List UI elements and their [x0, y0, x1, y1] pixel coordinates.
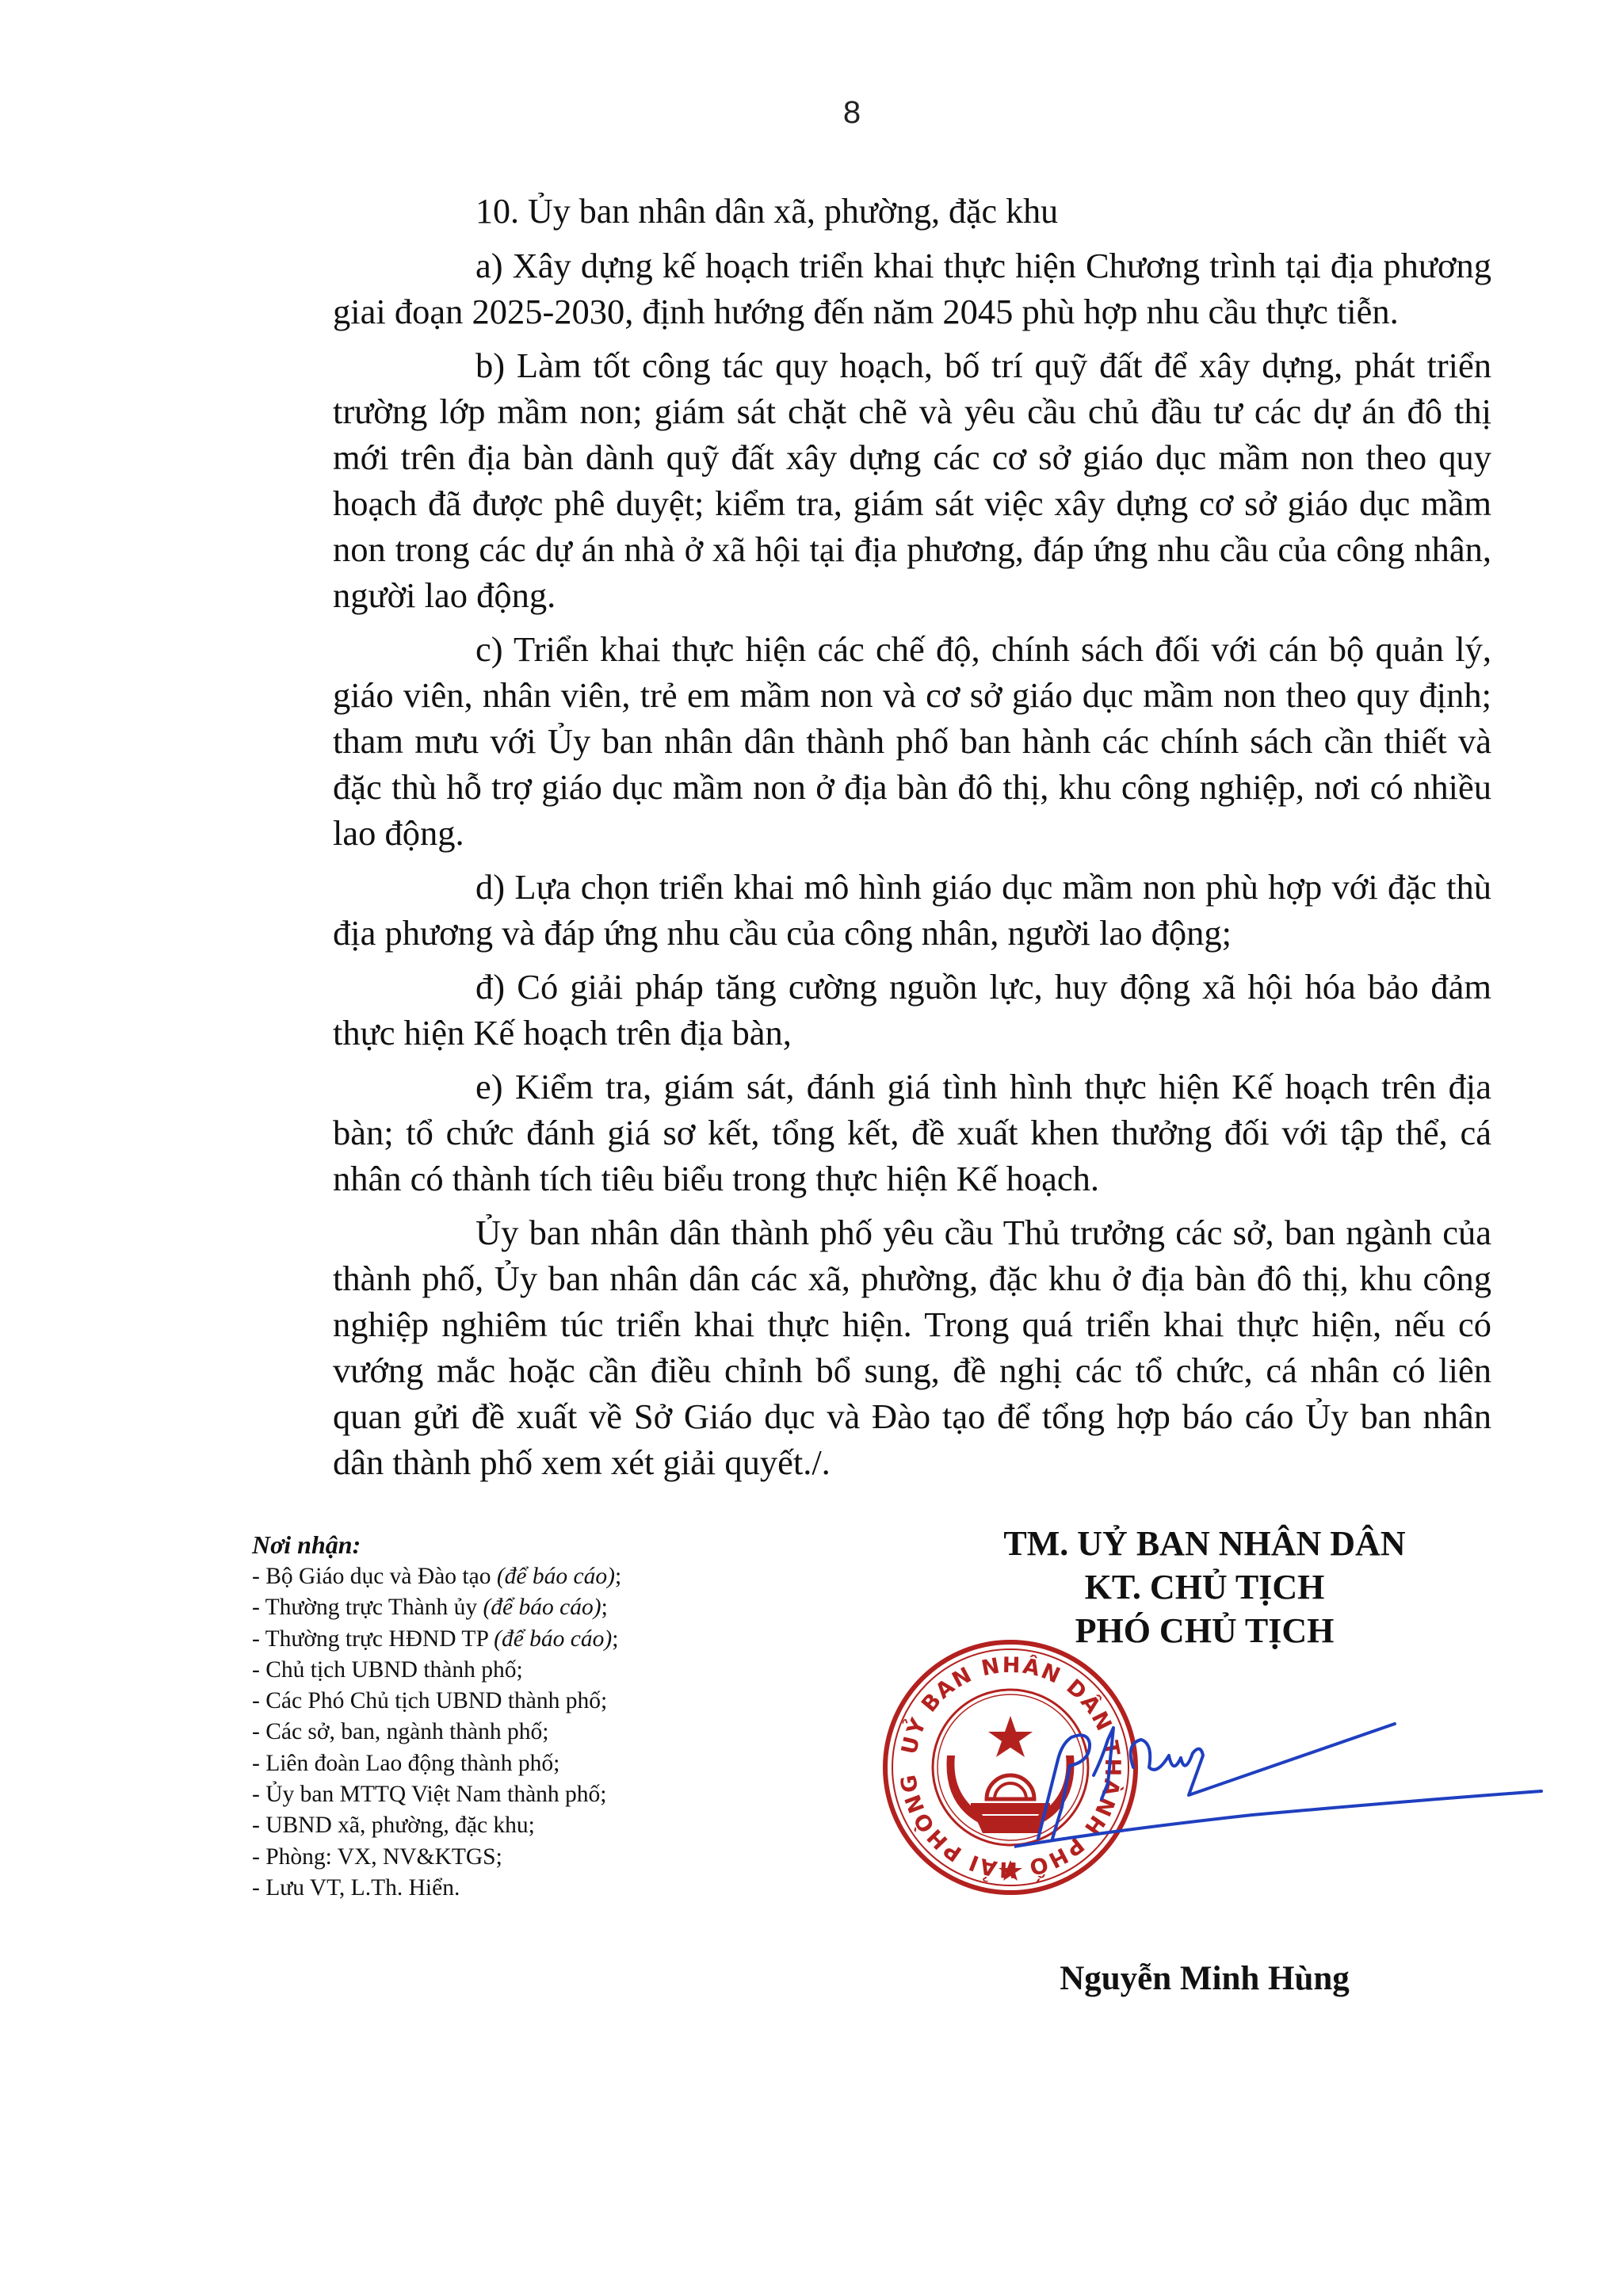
recipient-item: - UBND xã, phường, đặc khu; — [252, 1810, 807, 1841]
section-heading-text: 10. Ủy ban nhân dân xã, phường, đặc khu — [475, 189, 1058, 235]
recipient-item: - Bộ Giáo dục và Đào tạo (để báo cáo); — [252, 1561, 807, 1592]
recipient-item: - Các sở, ban, ngành thành phố; — [252, 1717, 807, 1748]
signature-title-block: TM. UỶ BAN NHÂN DÂN KT. CHỦ TỊCH PHÓ CHỦ… — [903, 1522, 1506, 1652]
page-number: 8 — [0, 95, 1623, 131]
recipients-title: Nơi nhận: — [252, 1528, 807, 1561]
recipient-item: - Thường trực Thành ủy (để báo cáo); — [252, 1592, 807, 1623]
recipient-note: (để báo cáo) — [497, 1564, 615, 1589]
paragraph-dd: đ) Có giải pháp tăng cường nguồn lực, hu… — [333, 964, 1491, 1056]
recipients-list: - Bộ Giáo dục và Đào tạo (để báo cáo);- … — [252, 1561, 807, 1904]
recipient-item: - Các Phó Chủ tịch UBND thành phố; — [252, 1686, 807, 1717]
recipient-item: - Ủy ban MTTQ Việt Nam thành phố; — [252, 1779, 807, 1810]
recipient-item: - Phòng: VX, NV&KTGS; — [252, 1842, 807, 1873]
paragraph-b: b) Làm tốt công tác quy hoạch, bố trí qu… — [333, 342, 1491, 618]
recipient-note: (để báo cáo) — [494, 1626, 612, 1652]
closing-paragraph: Ủy ban nhân dân thành phố yêu cầu Thủ tr… — [333, 1209, 1491, 1485]
paragraph-d: d) Lựa chọn triển khai mô hình giáo dục … — [333, 864, 1491, 956]
recipient-item: - Thường trực HĐND TP (để báo cáo); — [252, 1624, 807, 1655]
recipient-item: - Liên đoàn Lao động thành phố; — [252, 1748, 807, 1779]
recipient-note: (để báo cáo) — [483, 1595, 601, 1620]
paragraph-a: a) Xây dựng kế hoạch triển khai thực hiệ… — [333, 243, 1491, 334]
paragraph-c: c) Triển khai thực hiện các chế độ, chín… — [333, 626, 1491, 856]
signer-name: Nguyễn Minh Hùng — [903, 1959, 1506, 1998]
signature-title-line1: TM. UỶ BAN NHÂN DÂN — [903, 1522, 1506, 1565]
handwritten-signature — [1014, 1664, 1553, 1902]
recipients-block: Nơi nhận: - Bộ Giáo dục và Đào tạo (để b… — [252, 1528, 807, 1904]
recipient-item: - Chủ tịch UBND thành phố; — [252, 1655, 807, 1686]
recipient-item: - Lưu VT, L.Th. Hiển. — [252, 1873, 807, 1904]
signature-title-line2: KT. CHỦ TỊCH — [903, 1565, 1506, 1609]
paragraph-e: e) Kiểm tra, giám sát, đánh giá tình hìn… — [333, 1064, 1491, 1201]
section-heading: 10. Ủy ban nhân dân xã, phường, đặc khu — [333, 189, 1491, 235]
document-body: 10. Ủy ban nhân dân xã, phường, đặc khu … — [333, 189, 1491, 1493]
